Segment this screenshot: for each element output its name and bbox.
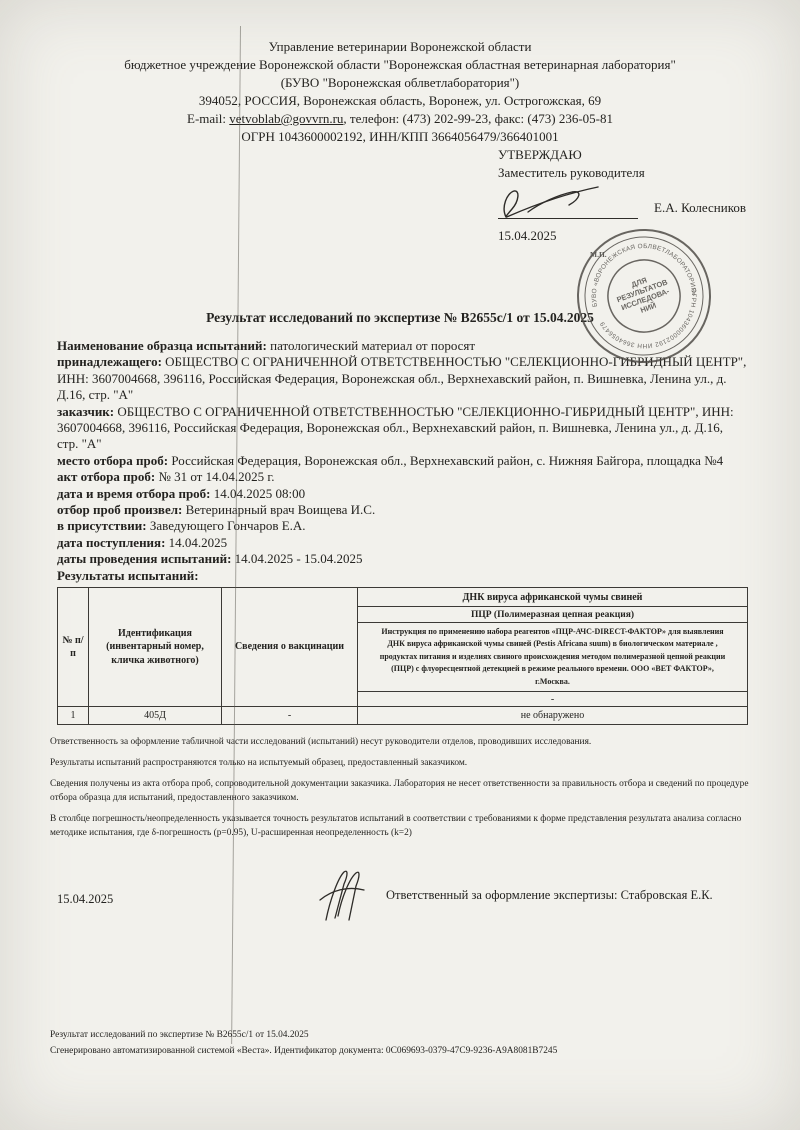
method-cell: ПЦР (Полимеразная цепная реакция) [358,607,748,623]
detail-test-dates: даты проведения испытаний: 14.04.2025 - … [57,551,747,567]
detail-sampling-act: акт отбора проб: № 31 от 14.04.2025 г. [57,469,747,485]
note-responsibility: Ответственность за оформление табличной … [50,735,756,749]
row-result-cell: не обнаружено [358,707,748,725]
responsible-label: Ответственный за оформление экспертизы: … [386,888,713,903]
note-uncertainty: В столбце погрешность/неопределенность у… [50,812,756,840]
test-name-cell: ДНК вируса африканской чумы свиней [358,588,748,607]
note-source-data: Сведения получены из акта отбора проб, с… [50,777,756,805]
round-seal-icon: БУВО «ВОРОНЕЖСКАЯ ОБЛВЕТЛАБОРАТОРИЯ» ОГР… [560,212,728,380]
letterhead-address: 394052, РОССИЯ, Воронежская область, Вор… [0,92,800,110]
letterhead-short-name: (БУВО "Воронежская облветлаборатория") [0,74,800,92]
results-table: № п/п Идентификация (инвентарный номер, … [57,587,748,725]
letterhead-ogrn-inn: ОГРН 1043600002192, ИНН/КПП 3664056479/3… [0,128,800,146]
detail-receipt-date: дата поступления: 14.04.2025 [57,535,747,551]
footer: Результат исследований по экспертизе № В… [50,1027,557,1059]
approve-label: УТВЕРЖДАЮ [498,146,788,164]
email-label: E-mail: [187,111,229,126]
letterhead-institution: бюджетное учреждение Воронежской области… [0,56,800,74]
sub-header-dash-cell: - [358,692,748,707]
email-link: vetvoblab@govvrn.ru [229,111,343,126]
table-row: 1 405Д - не обнаружено [58,707,748,725]
detail-sampling-datetime: дата и время отбора проб: 14.04.2025 08:… [57,486,747,502]
approver-position: Заместитель руководителя [498,164,788,182]
results-label: Результаты испытаний: [57,568,747,584]
col-header-number: № п/п [58,588,89,707]
signoff-date: 15.04.2025 [57,892,113,907]
detail-sampler: отбор проб произвел: Ветеринарный врач В… [57,502,747,518]
responsible-signature-icon [312,866,374,928]
detail-witness: в присутствии: Заведующего Гончаров Е.А. [57,518,747,534]
notes-block: Ответственность за оформление табличной … [50,735,756,840]
letterhead: Управление ветеринарии Воронежской облас… [0,0,800,146]
detail-customer: заказчик: ОБЩЕСТВО С ОГРАНИЧЕННОЙ ОТВЕТС… [57,404,747,453]
row-vaccination-cell: - [222,707,358,725]
note-scope: Результаты испытаний распространяются то… [50,756,756,770]
col-header-identification: Идентификация (инвентарный номер, кличка… [89,588,222,707]
signoff-block: 15.04.2025 Ответственный за оформление э… [0,866,800,936]
detail-sampling-place: место отбора проб: Российская Федерация,… [57,453,747,469]
method-document-cell: Инструкция по применению набора реагенто… [358,623,748,692]
stamp-place-label: М.П. [590,250,607,259]
row-number-cell: 1 [58,707,89,725]
letterhead-contact-line: E-mail: vetvoblab@govvrn.ru, телефон: (4… [0,110,800,128]
phone-fax: , телефон: (473) 202-99-23, факс: (473) … [343,111,613,126]
letterhead-department: Управление ветеринарии Воронежской облас… [0,38,800,56]
footer-expertise-line: Результат исследований по экспертизе № В… [50,1027,557,1043]
footer-generated-line: Сгенерировано автоматизированной системо… [50,1043,557,1059]
row-identification-cell: 405Д [89,707,222,725]
col-header-vaccination: Сведения о вакцинации [222,588,358,707]
document-page: Управление ветеринарии Воронежской облас… [0,0,800,1130]
